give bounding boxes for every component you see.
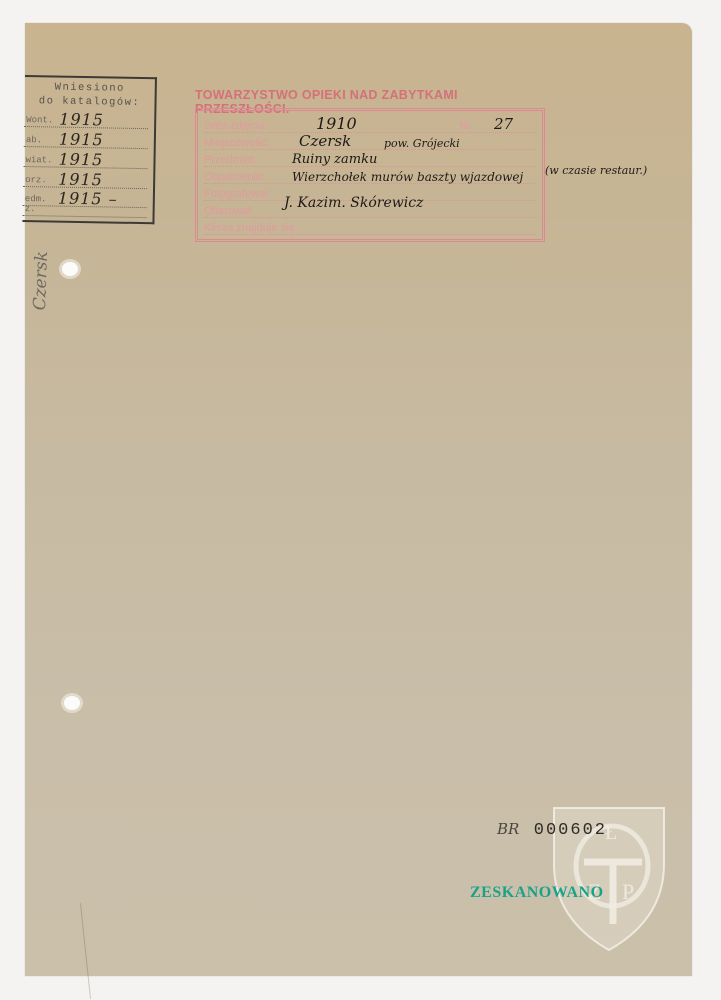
catalog-title-line2: do katalogów: xyxy=(24,95,154,109)
number-label: № xyxy=(459,120,471,132)
catalog-row: orz. 1915 xyxy=(23,170,147,189)
field-plate-location: Klisza znajduje się: xyxy=(204,219,536,235)
field-value: Ruiny zamku xyxy=(292,152,377,167)
field-value: Czersk xyxy=(299,132,351,150)
field-photo-date: Data zdjęcia: 1910 № 27 xyxy=(204,117,536,133)
field-location: Miejscowość: Czersk pow. Grójecki xyxy=(204,134,536,150)
inventory-prefix: BR xyxy=(497,820,519,838)
description-continuation: (w czasie restaur.) xyxy=(545,164,647,177)
catalog-row-value: 1915 xyxy=(59,130,104,150)
inventory-code: 000602 xyxy=(534,821,607,840)
number-value: 27 xyxy=(494,115,513,133)
inventory-number: BR 000602 xyxy=(497,820,607,840)
catalog-row-value: 1915 xyxy=(58,150,103,170)
field-description: Objaśnienie: Wierzchołek murów baszty wj… xyxy=(204,168,536,184)
field-label: Ofiarował: xyxy=(204,205,254,217)
catalog-row: wiat. 1915 xyxy=(23,150,147,169)
catalog-stamp: Wniesiono do katalogów: Wont. 1915 ab. 1… xyxy=(22,75,157,224)
catalog-row-label: Wont. xyxy=(26,115,53,125)
catalog-row-value: 1915 xyxy=(59,110,104,130)
paper-crease xyxy=(80,903,91,999)
catalog-row-label: wiat. xyxy=(25,155,52,165)
scanned-stamp: ZESKANOWANO xyxy=(470,884,604,902)
punch-hole xyxy=(62,262,78,276)
catalog-row-value: 1915 xyxy=(58,170,103,190)
field-value: Wierzchołek murów baszty wjazdowej xyxy=(292,170,523,184)
svg-text:P: P xyxy=(622,879,634,904)
field-value: J. Kazim. Skórewicz xyxy=(284,195,423,211)
field-label: Objaśnienie: xyxy=(204,171,265,183)
field-label: Klisza znajduje się: xyxy=(204,222,298,234)
field-value: 1910 xyxy=(316,114,357,133)
field-label: Data zdjęcia: xyxy=(204,120,268,132)
catalog-row-label: z. xyxy=(25,204,36,214)
catalog-title-line1: Wniesiono xyxy=(25,81,155,95)
catalog-row: ab. 1915 xyxy=(24,130,148,149)
catalog-row: z. xyxy=(23,203,147,218)
field-donor: Ofiarował: J. Kazim. Skórewicz xyxy=(204,202,536,218)
catalog-row: Wont. 1915 xyxy=(24,110,148,129)
punch-hole xyxy=(64,696,80,710)
field-label: Fotografował: xyxy=(204,188,271,200)
society-stamp-box: Data zdjęcia: 1910 № 27 Miejscowość: Cze… xyxy=(195,108,545,242)
field-label: Przedmiot: xyxy=(204,154,257,166)
margin-note: Czersk xyxy=(30,251,52,311)
field-subject: Przedmiot: Ruiny zamku xyxy=(204,151,536,167)
field-label: Miejscowość: xyxy=(204,137,269,149)
catalog-row-label: orz. xyxy=(25,175,47,185)
field-extra: pow. Grójecki xyxy=(384,137,460,150)
catalog-row-label: ab. xyxy=(26,135,42,145)
